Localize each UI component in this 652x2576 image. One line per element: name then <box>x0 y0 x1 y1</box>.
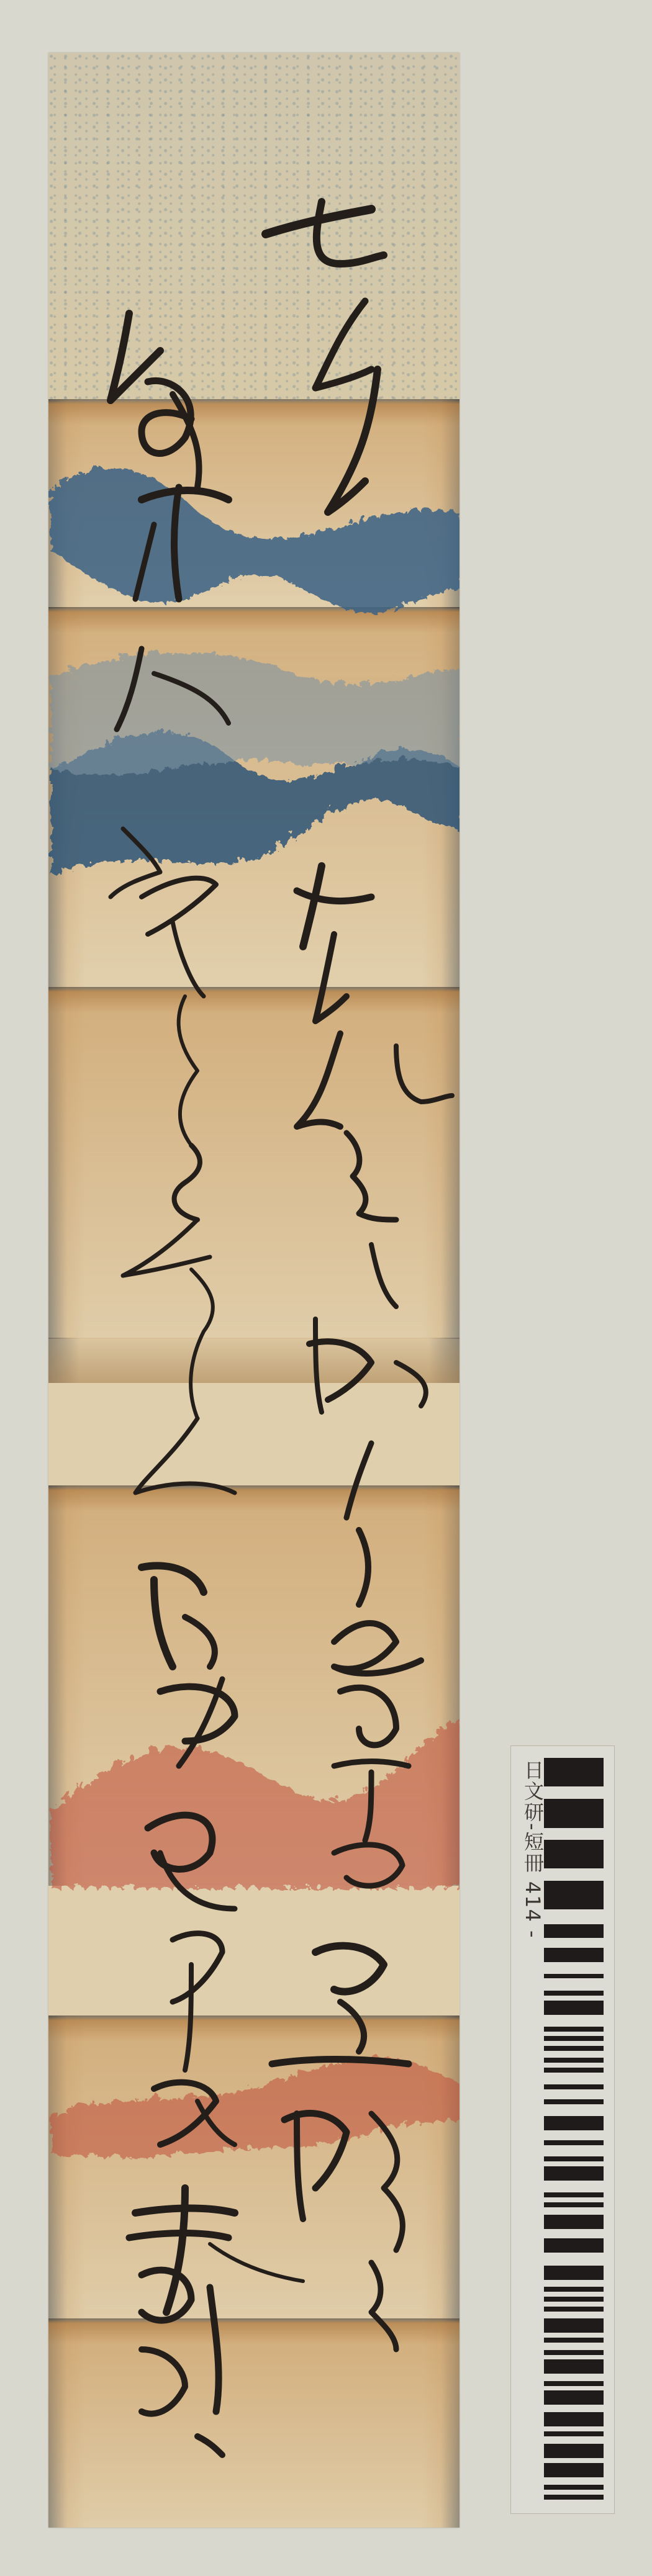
barcode-bar <box>544 2444 604 2458</box>
barcode-bar <box>544 2001 604 2015</box>
barcode-bar <box>544 2046 604 2051</box>
barcode-bar <box>544 1924 604 1938</box>
barcode-bar <box>544 2116 604 2130</box>
barcode-bar <box>544 2338 604 2343</box>
barcode-bar <box>544 2058 604 2063</box>
barcode-label: 日文研-短冊 414 - <box>510 1745 615 2514</box>
barcode-bar <box>544 2156 604 2161</box>
barcode-bar <box>544 2027 604 2032</box>
barcode-bar <box>544 1948 604 1962</box>
barcode-bar <box>544 2099 604 2104</box>
barcode-bar <box>544 2068 604 2073</box>
barcode-bar <box>544 2192 604 2197</box>
barcode-bar <box>544 2084 604 2089</box>
barcode-bar <box>544 2359 604 2374</box>
barcode-bar <box>544 2140 604 2145</box>
barcode-bar <box>544 1799 604 1828</box>
barcode-bar <box>544 1991 604 1996</box>
barcode-bar <box>544 2297 604 2302</box>
barcode-bar <box>544 1881 604 1909</box>
barcode-bar <box>544 2238 604 2253</box>
barcode-bar <box>544 2431 604 2436</box>
barcode-bar <box>544 2036 604 2041</box>
catalog-id-text: 日文研-短冊 414 - <box>518 1760 547 1939</box>
barcode-bar <box>544 1974 604 1978</box>
barcode-bar <box>544 2266 604 2280</box>
barcode-bar <box>544 2166 604 2181</box>
barcode-bar <box>544 2463 604 2477</box>
barcode-bar <box>544 2381 604 2386</box>
barcode-bar <box>544 2350 604 2355</box>
barcode-bar <box>544 2307 604 2312</box>
barcode-bar <box>544 1758 604 1786</box>
barcode-bar <box>544 2202 604 2207</box>
barcode-bar <box>544 2215 604 2229</box>
barcode-bar <box>544 2412 604 2426</box>
tanzaku-strip <box>48 53 460 2528</box>
barcode-bar <box>544 1840 604 1868</box>
barcode-bar <box>544 2287 604 2292</box>
calligraphy-ink <box>48 53 460 2528</box>
barcode-bar <box>544 2495 604 2500</box>
barcode-bar <box>544 2318 604 2333</box>
barcode-bar <box>544 2485 604 2490</box>
barcode-bar <box>544 2390 604 2405</box>
